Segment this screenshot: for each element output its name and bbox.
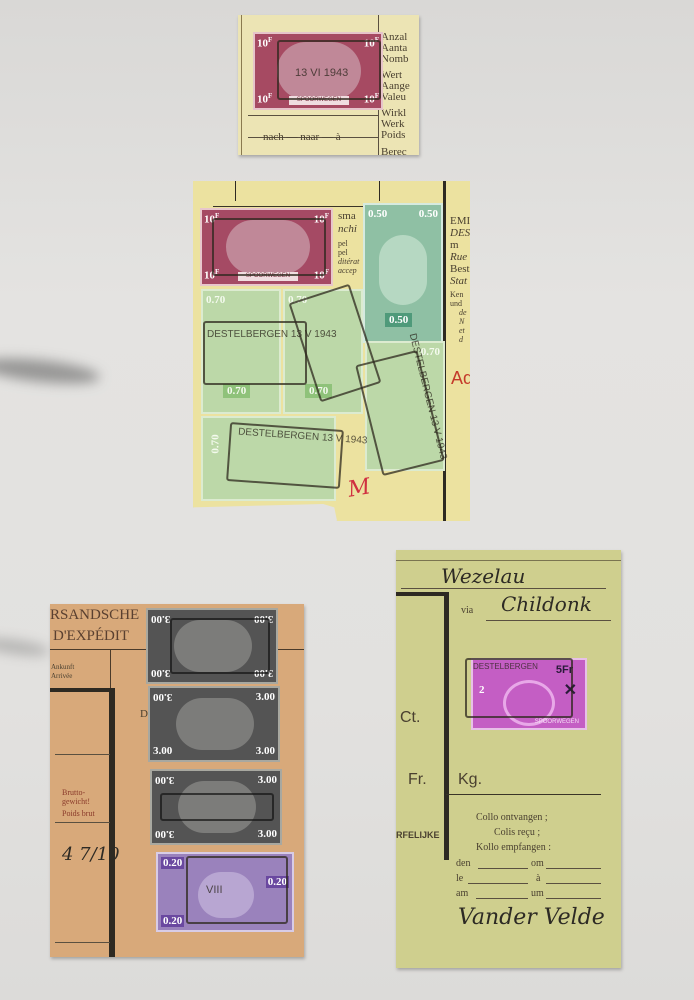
handwritten-signature: Vander Velde bbox=[458, 905, 605, 930]
form-label: Arrivée bbox=[51, 673, 72, 680]
stamp-value: 0.70 bbox=[206, 294, 225, 306]
form-label: Ct. bbox=[400, 710, 420, 726]
form-label: Stat bbox=[450, 276, 467, 287]
route-text: nach — naar — à bbox=[263, 132, 341, 143]
form-label: accep bbox=[338, 265, 357, 276]
receipt-label: Kollo empfangen : bbox=[476, 842, 551, 853]
stamp-value: 0.70 bbox=[421, 346, 440, 358]
stamp-value: 0.50 bbox=[385, 313, 412, 327]
stamp-10f: 10F 10F 10F 10F SPOORWEGEN bbox=[200, 208, 333, 286]
stamp-value: 3.00 bbox=[151, 613, 170, 625]
date-field-label: le bbox=[456, 873, 463, 884]
form-label: Rue bbox=[450, 252, 467, 263]
stamp-value: 3.00 bbox=[155, 828, 174, 840]
form-label: sma bbox=[338, 211, 356, 222]
red-form-text: Ad bbox=[451, 369, 470, 387]
form-label: Poids bbox=[381, 130, 405, 141]
via-label: via bbox=[461, 605, 473, 616]
stamp-value: 3.00 bbox=[151, 667, 170, 679]
stamp-value: 0.20 bbox=[161, 857, 184, 869]
form-label: Fr. bbox=[408, 772, 427, 788]
stamp-3-00: 3.00 3.00 3.00 3.00 bbox=[148, 686, 280, 762]
stamp-0-20: 0.20 0.20 0.20 VIII bbox=[156, 852, 294, 932]
handwritten-destination: Wezelau bbox=[441, 564, 525, 588]
stamp-value: 3.00 bbox=[155, 774, 174, 786]
stamp-0-50: 0.50 0.50 0.50 bbox=[363, 203, 443, 343]
stamp-inscription: SPOORWEGEN bbox=[535, 719, 579, 725]
waybill-fragment-1: Anzal Aanta Nomb Wert Aange Valeu Wirkl … bbox=[238, 15, 419, 155]
stamp-value: 0.70 bbox=[210, 434, 222, 453]
form-label: Berec bbox=[381, 147, 407, 155]
form-label: d bbox=[459, 334, 463, 345]
date-field-label: à bbox=[536, 873, 540, 884]
page-shadow bbox=[0, 635, 51, 659]
form-label: nchi bbox=[338, 224, 357, 235]
waybill-fragment-3: RSANDSCHE D'EXPÉDIT Ankunft Arrivée De B… bbox=[50, 604, 304, 957]
stamp-3-00: 3.00 3.00 3.00 3.00 bbox=[150, 769, 282, 845]
form-label: Kg. bbox=[458, 772, 482, 788]
receipt-label: Colis reçu ; bbox=[494, 827, 540, 838]
waybill-fragment-4: Wezelau via Childonk Ct. Fr. Kg. RFELIJK… bbox=[396, 550, 621, 968]
form-label: Ankunft bbox=[51, 664, 74, 671]
form-header: D'EXPÉDIT bbox=[53, 629, 129, 644]
handwritten-weight: 4 7/10 bbox=[62, 844, 120, 865]
form-label: Best bbox=[450, 264, 470, 275]
form-label: EMI bbox=[450, 216, 470, 227]
form-label: Valeu bbox=[381, 92, 406, 103]
date-field-label: om bbox=[531, 858, 544, 869]
cancel-date: 13 VI 1943 bbox=[295, 67, 348, 79]
stamp-value: 0.50 bbox=[368, 208, 387, 220]
date-field-label: den bbox=[456, 858, 470, 869]
stamp-3-00: 3.00 3.00 3.00 3.00 bbox=[146, 608, 278, 684]
stamp-value: 3.00 bbox=[258, 828, 277, 840]
stamp-value: 3.00 bbox=[153, 745, 172, 757]
stamp-10f: 10F 10F 10F 10F SPOORWEGEN 13 VI 1943 bbox=[253, 32, 383, 110]
form-label: Brutto- bbox=[62, 789, 85, 797]
stamp-value: 0.20 bbox=[161, 915, 184, 927]
stamp-value: 3.00 bbox=[256, 745, 275, 757]
stamp-value: 3.00 bbox=[153, 691, 172, 703]
form-header: RSANDSCHE bbox=[50, 608, 139, 623]
stamp-value: 0.50 bbox=[419, 208, 438, 220]
postmark-text: VIII bbox=[206, 884, 223, 896]
stamp-value: 0.70 bbox=[223, 384, 250, 398]
handwritten-via: Childonk bbox=[501, 592, 592, 616]
form-label: gewicht! bbox=[62, 798, 90, 806]
page-shadow bbox=[0, 354, 101, 388]
stamp-surcharged: 2 5Fr ✕ DESTELBERGEN SPOORWEGEN bbox=[471, 658, 587, 730]
receipt-label: Collo ontvangen ; bbox=[476, 812, 548, 823]
stamp-value: 3.00 bbox=[256, 691, 275, 703]
stamp-value: 3.00 bbox=[258, 774, 277, 786]
form-label: Nomb bbox=[381, 54, 409, 65]
waybill-fragment-2: sma nchi pel pel ditérat accep EMI DES m… bbox=[193, 181, 470, 521]
form-label: Poids brut bbox=[62, 810, 95, 818]
form-label: m bbox=[450, 240, 459, 251]
date-field-label: am bbox=[456, 888, 468, 899]
postmark-text: DESTELBERGEN bbox=[473, 662, 538, 671]
date-field-label: um bbox=[531, 888, 544, 899]
form-label: DES bbox=[450, 228, 470, 239]
red-handwriting: M bbox=[346, 474, 373, 503]
form-label: RFELIJKE bbox=[396, 830, 440, 841]
